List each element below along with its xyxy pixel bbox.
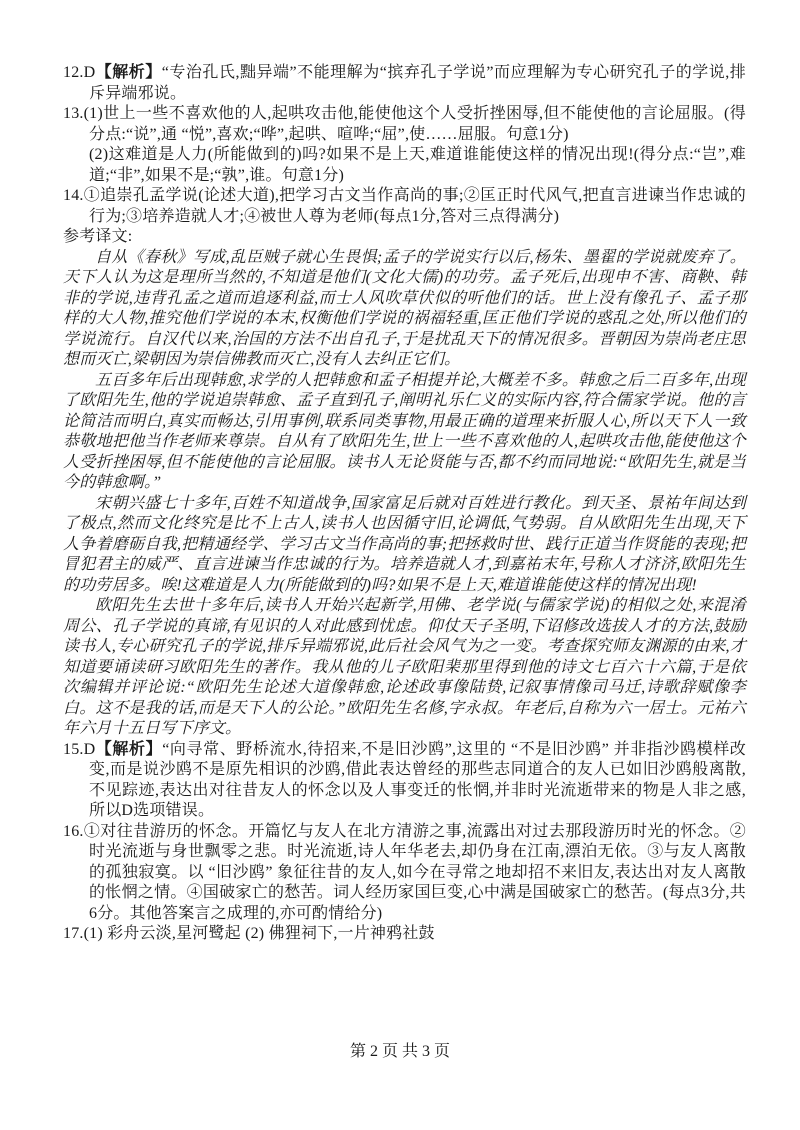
translation-heading: 参考译文:	[63, 227, 746, 248]
answer-letter: D	[84, 64, 96, 81]
page-footer: 第 2 页 共 3 页	[0, 1038, 800, 1061]
item-text-part2: (2)这难道是人力(所能做到的)吗?如果不是上天,难道谁能使这样的情况出现!(得…	[89, 146, 746, 184]
answer-item-12: 12.D【解析】“专治孔氏,黜异端”不能理解为“摈弃孔子学说”而应理解为专心研究…	[63, 63, 746, 104]
analysis-label: 【解析】	[95, 64, 161, 81]
answer-letter: D	[84, 741, 96, 758]
answer-item-15: 15.D【解析】“向寻常、野桥流水,待招来,不是旧沙鸥”,这里的 “不是旧沙鸥”…	[63, 740, 746, 822]
answer-item-16: 16.①对往昔游历的怀念。开篇忆与友人在北方清游之事,流露出对过去那段游历时光的…	[63, 822, 746, 925]
exam-answer-page: 12.D【解析】“专治孔氏,黜异端”不能理解为“摈弃孔子学说”而应理解为专心研究…	[0, 0, 800, 1130]
item-number: 12.	[63, 64, 84, 81]
translation-paragraph-4: 欧阳先生去世十多年后,读书人开始兴起新学,用佛、老学说(与儒家学说)的相似之处,…	[63, 596, 746, 740]
item-text: ①追崇孔孟学说(论述大道),把学习古文当作高尚的事;②匡正时代风气,把直言进谏当…	[84, 187, 746, 225]
answer-item-13: 13.(1)世上一些不喜欢他的人,起哄攻击他,能使他这个人受折挫困辱,但不能使他…	[63, 104, 746, 145]
item-number: 14.	[63, 187, 84, 204]
analysis-label: 【解析】	[95, 741, 162, 758]
answer-sheet-content: 12.D【解析】“专治孔氏,黜异端”不能理解为“摈弃孔子学说”而应理解为专心研究…	[63, 63, 746, 945]
translation-paragraph-1: 自从《春秋》写成,乱臣贼子就心生畏惧;孟子的学说实行以后,杨朱、墨翟的学说就废弃…	[63, 248, 746, 371]
translation-paragraph-2: 五百多年后出现韩愈,求学的人把韩愈和孟子相提并论,大概差不多。韩愈之后二百多年,…	[63, 371, 746, 494]
item-number: 15.	[63, 741, 84, 758]
item-text: “向寻常、野桥流水,待招来,不是旧沙鸥”,这里的 “不是旧沙鸥” 并非指沙鸥模样…	[89, 741, 746, 820]
item-text: ①对往昔游历的怀念。开篇忆与友人在北方清游之事,流露出对过去那段游历时光的怀念。…	[84, 823, 746, 922]
translation-paragraph-3: 宋朝兴盛七十多年,百姓不知道战争,国家富足后就对百姓进行教化。到天圣、景祐年间达…	[63, 494, 746, 597]
item-text: “专治孔氏,黜异端”不能理解为“摈弃孔子学说”而应理解为专心研究孔子的学说,排斥…	[89, 64, 746, 102]
answer-item-14: 14.①追崇孔孟学说(论述大道),把学习古文当作高尚的事;②匡正时代风气,把直言…	[63, 186, 746, 227]
item-number: 16.	[63, 823, 84, 840]
answer-item-17: 17.(1) 彩舟云淡,星河鹭起 (2) 佛狸祠下,一片神鸦社鼓	[63, 924, 746, 945]
item-number: 13.	[63, 105, 84, 122]
item-text: (1) 彩舟云淡,星河鹭起 (2) 佛狸祠下,一片神鸦社鼓	[84, 925, 435, 942]
item-text-part1: (1)世上一些不喜欢他的人,起哄攻击他,能使他这个人受折挫困辱,但不能使他的言论…	[84, 105, 746, 143]
answer-item-13-part2: (2)这难道是人力(所能做到的)吗?如果不是上天,难道谁能使这样的情况出现!(得…	[63, 145, 746, 186]
item-number: 17.	[63, 925, 84, 942]
